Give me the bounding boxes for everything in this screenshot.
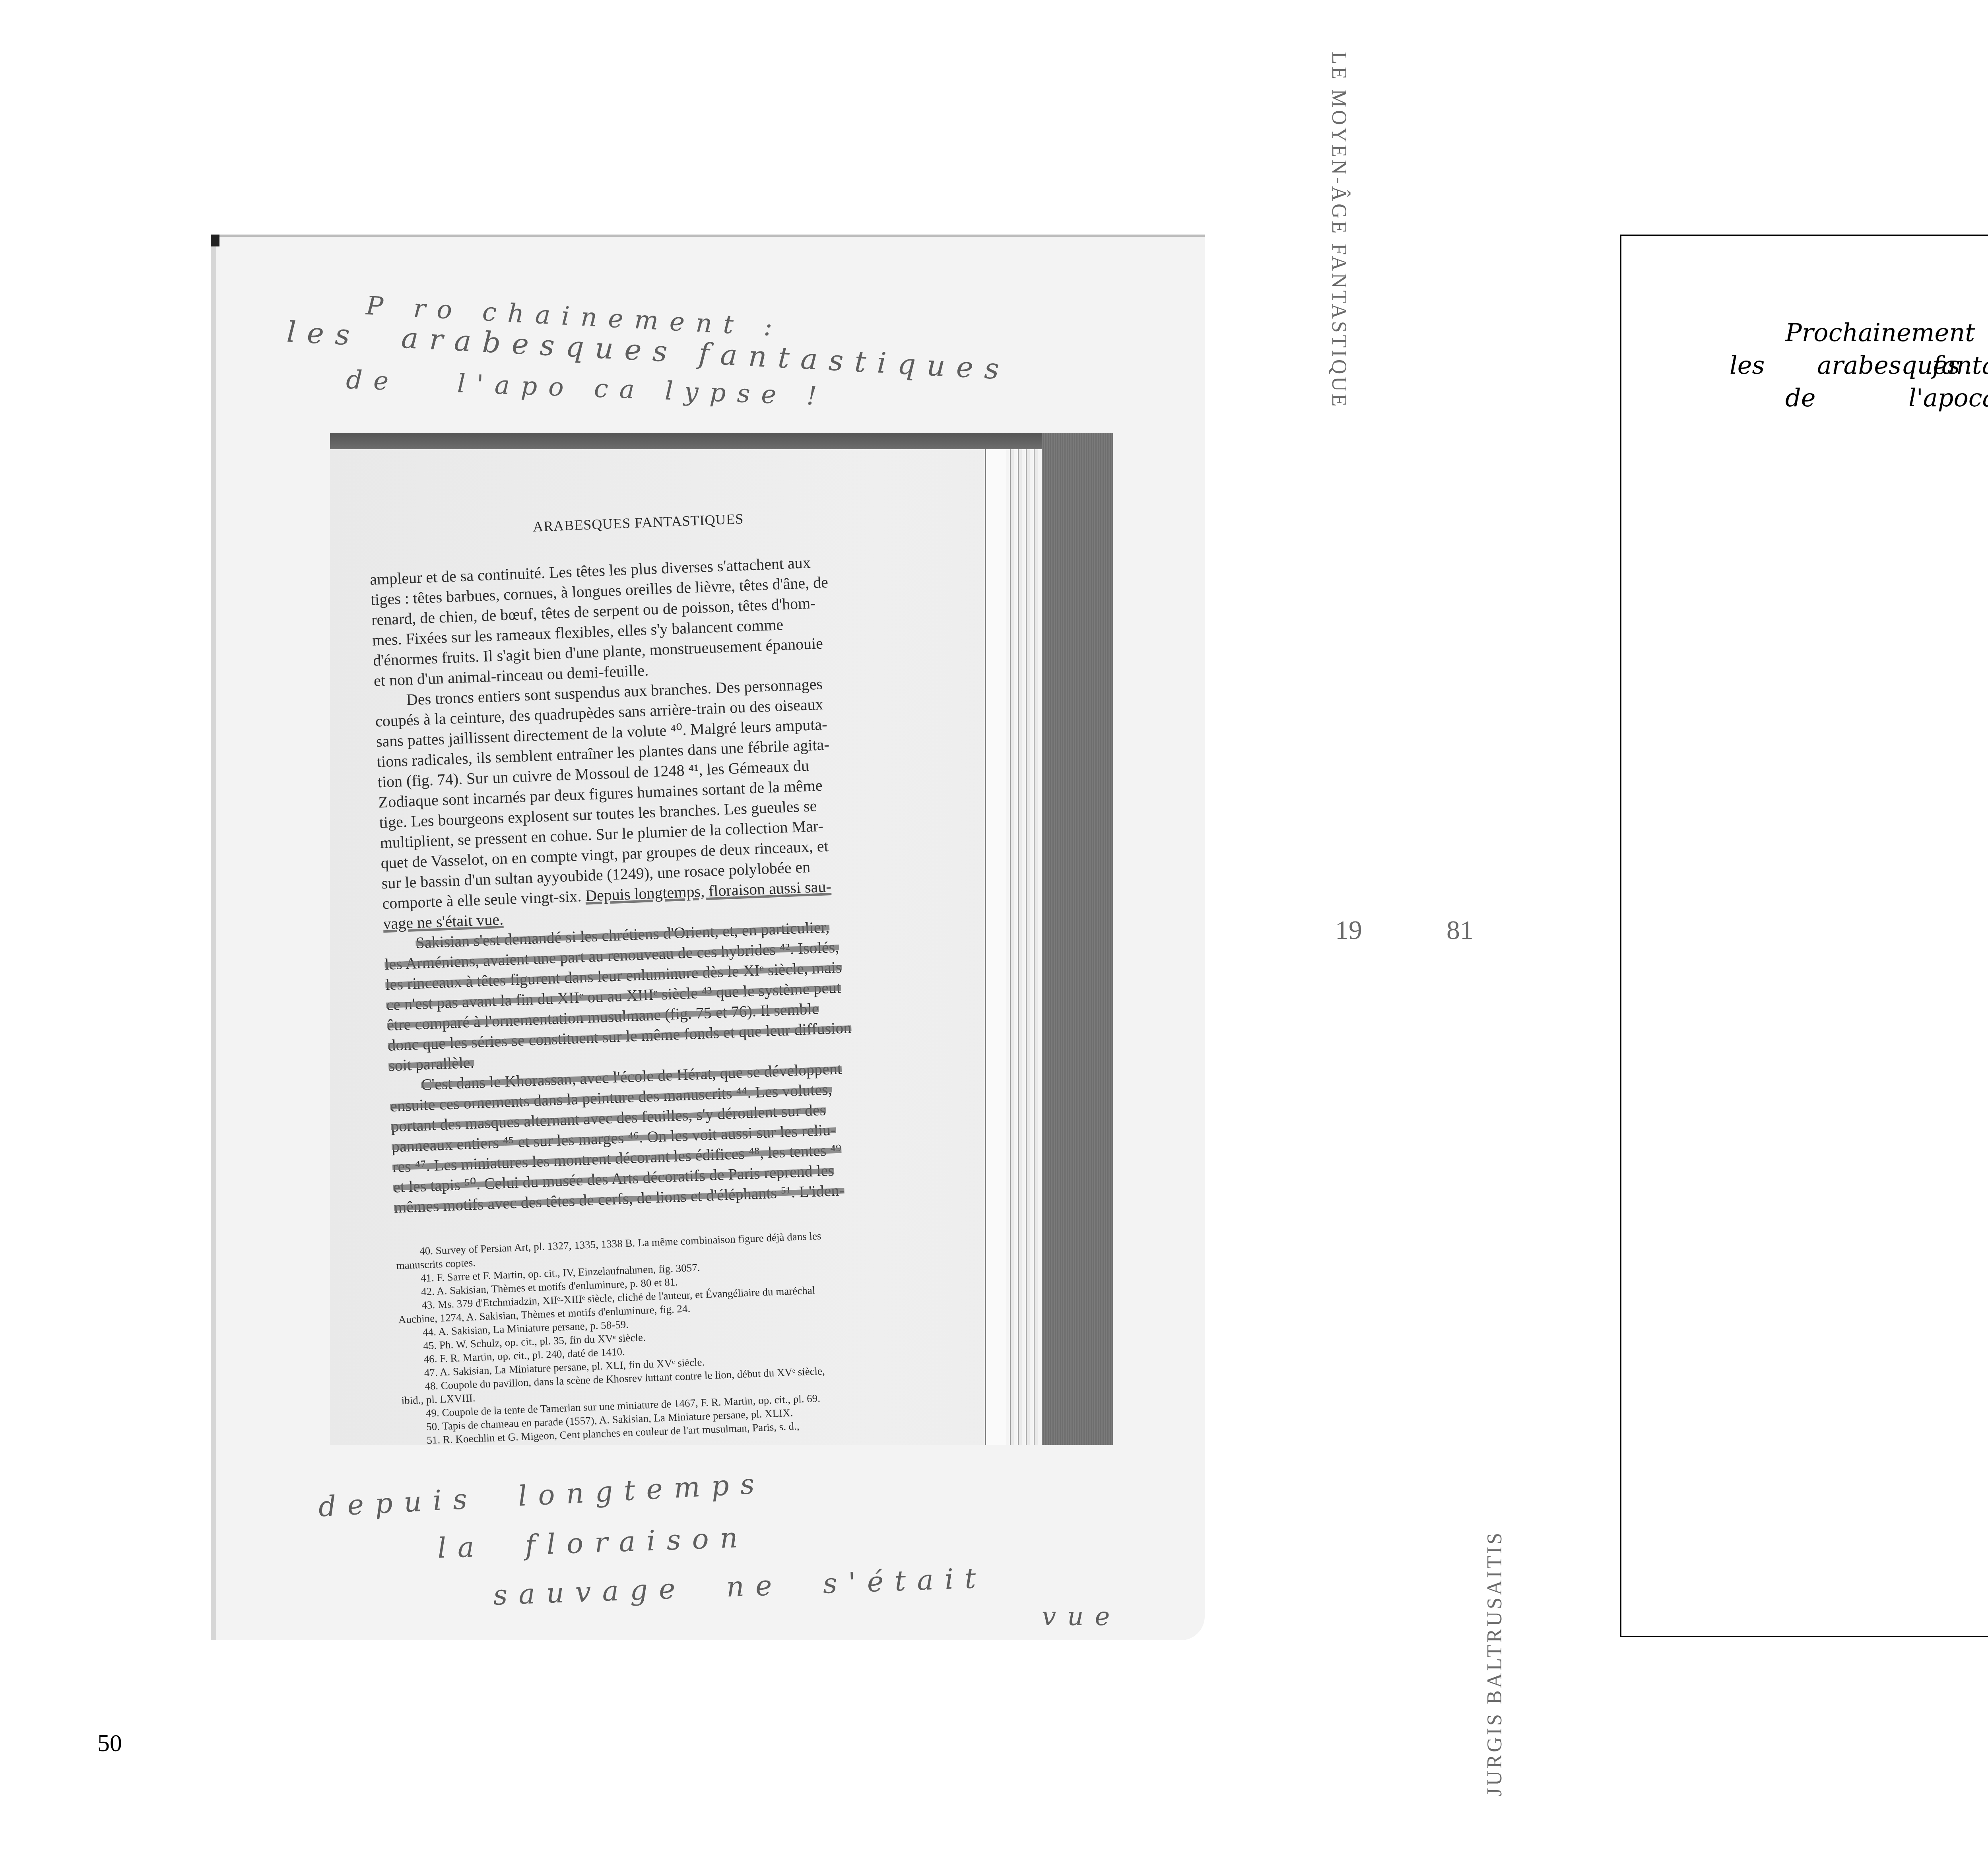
book-top-shadow (330, 433, 1113, 449)
poem-word: l'apocalypse (1908, 383, 1988, 412)
scan-edge-mark (211, 235, 219, 246)
running-title-vertical: LE MOYEN-ÂGE FANTASTIQUE (1327, 52, 1351, 409)
page-number-left: 50 (97, 1729, 122, 1757)
page-edge (985, 449, 1006, 1445)
handwritten-line: vue (1042, 1602, 1121, 1631)
poem-word: Prochainement (1785, 318, 1975, 347)
page-leaves (1006, 449, 1042, 1445)
book-footnotes: 40. Survey of Persian Art, pl. 1327, 133… (396, 1224, 944, 1445)
poem-word: fantastiques (1932, 351, 1988, 380)
book-page-photograph: ARABESQUES FANTASTIQUES ampleur et de sa… (330, 433, 1113, 1445)
book-cover-cloth (1042, 433, 1113, 1445)
book-page-text: ARABESQUES FANTASTIQUES ampleur et de sa… (368, 504, 944, 1445)
running-head: ARABESQUES FANTASTIQUES (368, 504, 909, 541)
poem-word: les (1730, 351, 1765, 380)
year-part-2: 81 (1446, 914, 1474, 946)
book-body-text: ampleur et de sa continuité. Les têtes l… (369, 549, 935, 1218)
author-name-vertical: JURGIS BALTRUSAITIS (1483, 1530, 1507, 1796)
transcription-frame (1620, 235, 1988, 1637)
poem-word: de (1785, 383, 1815, 412)
year-part-1: 19 (1335, 914, 1362, 946)
